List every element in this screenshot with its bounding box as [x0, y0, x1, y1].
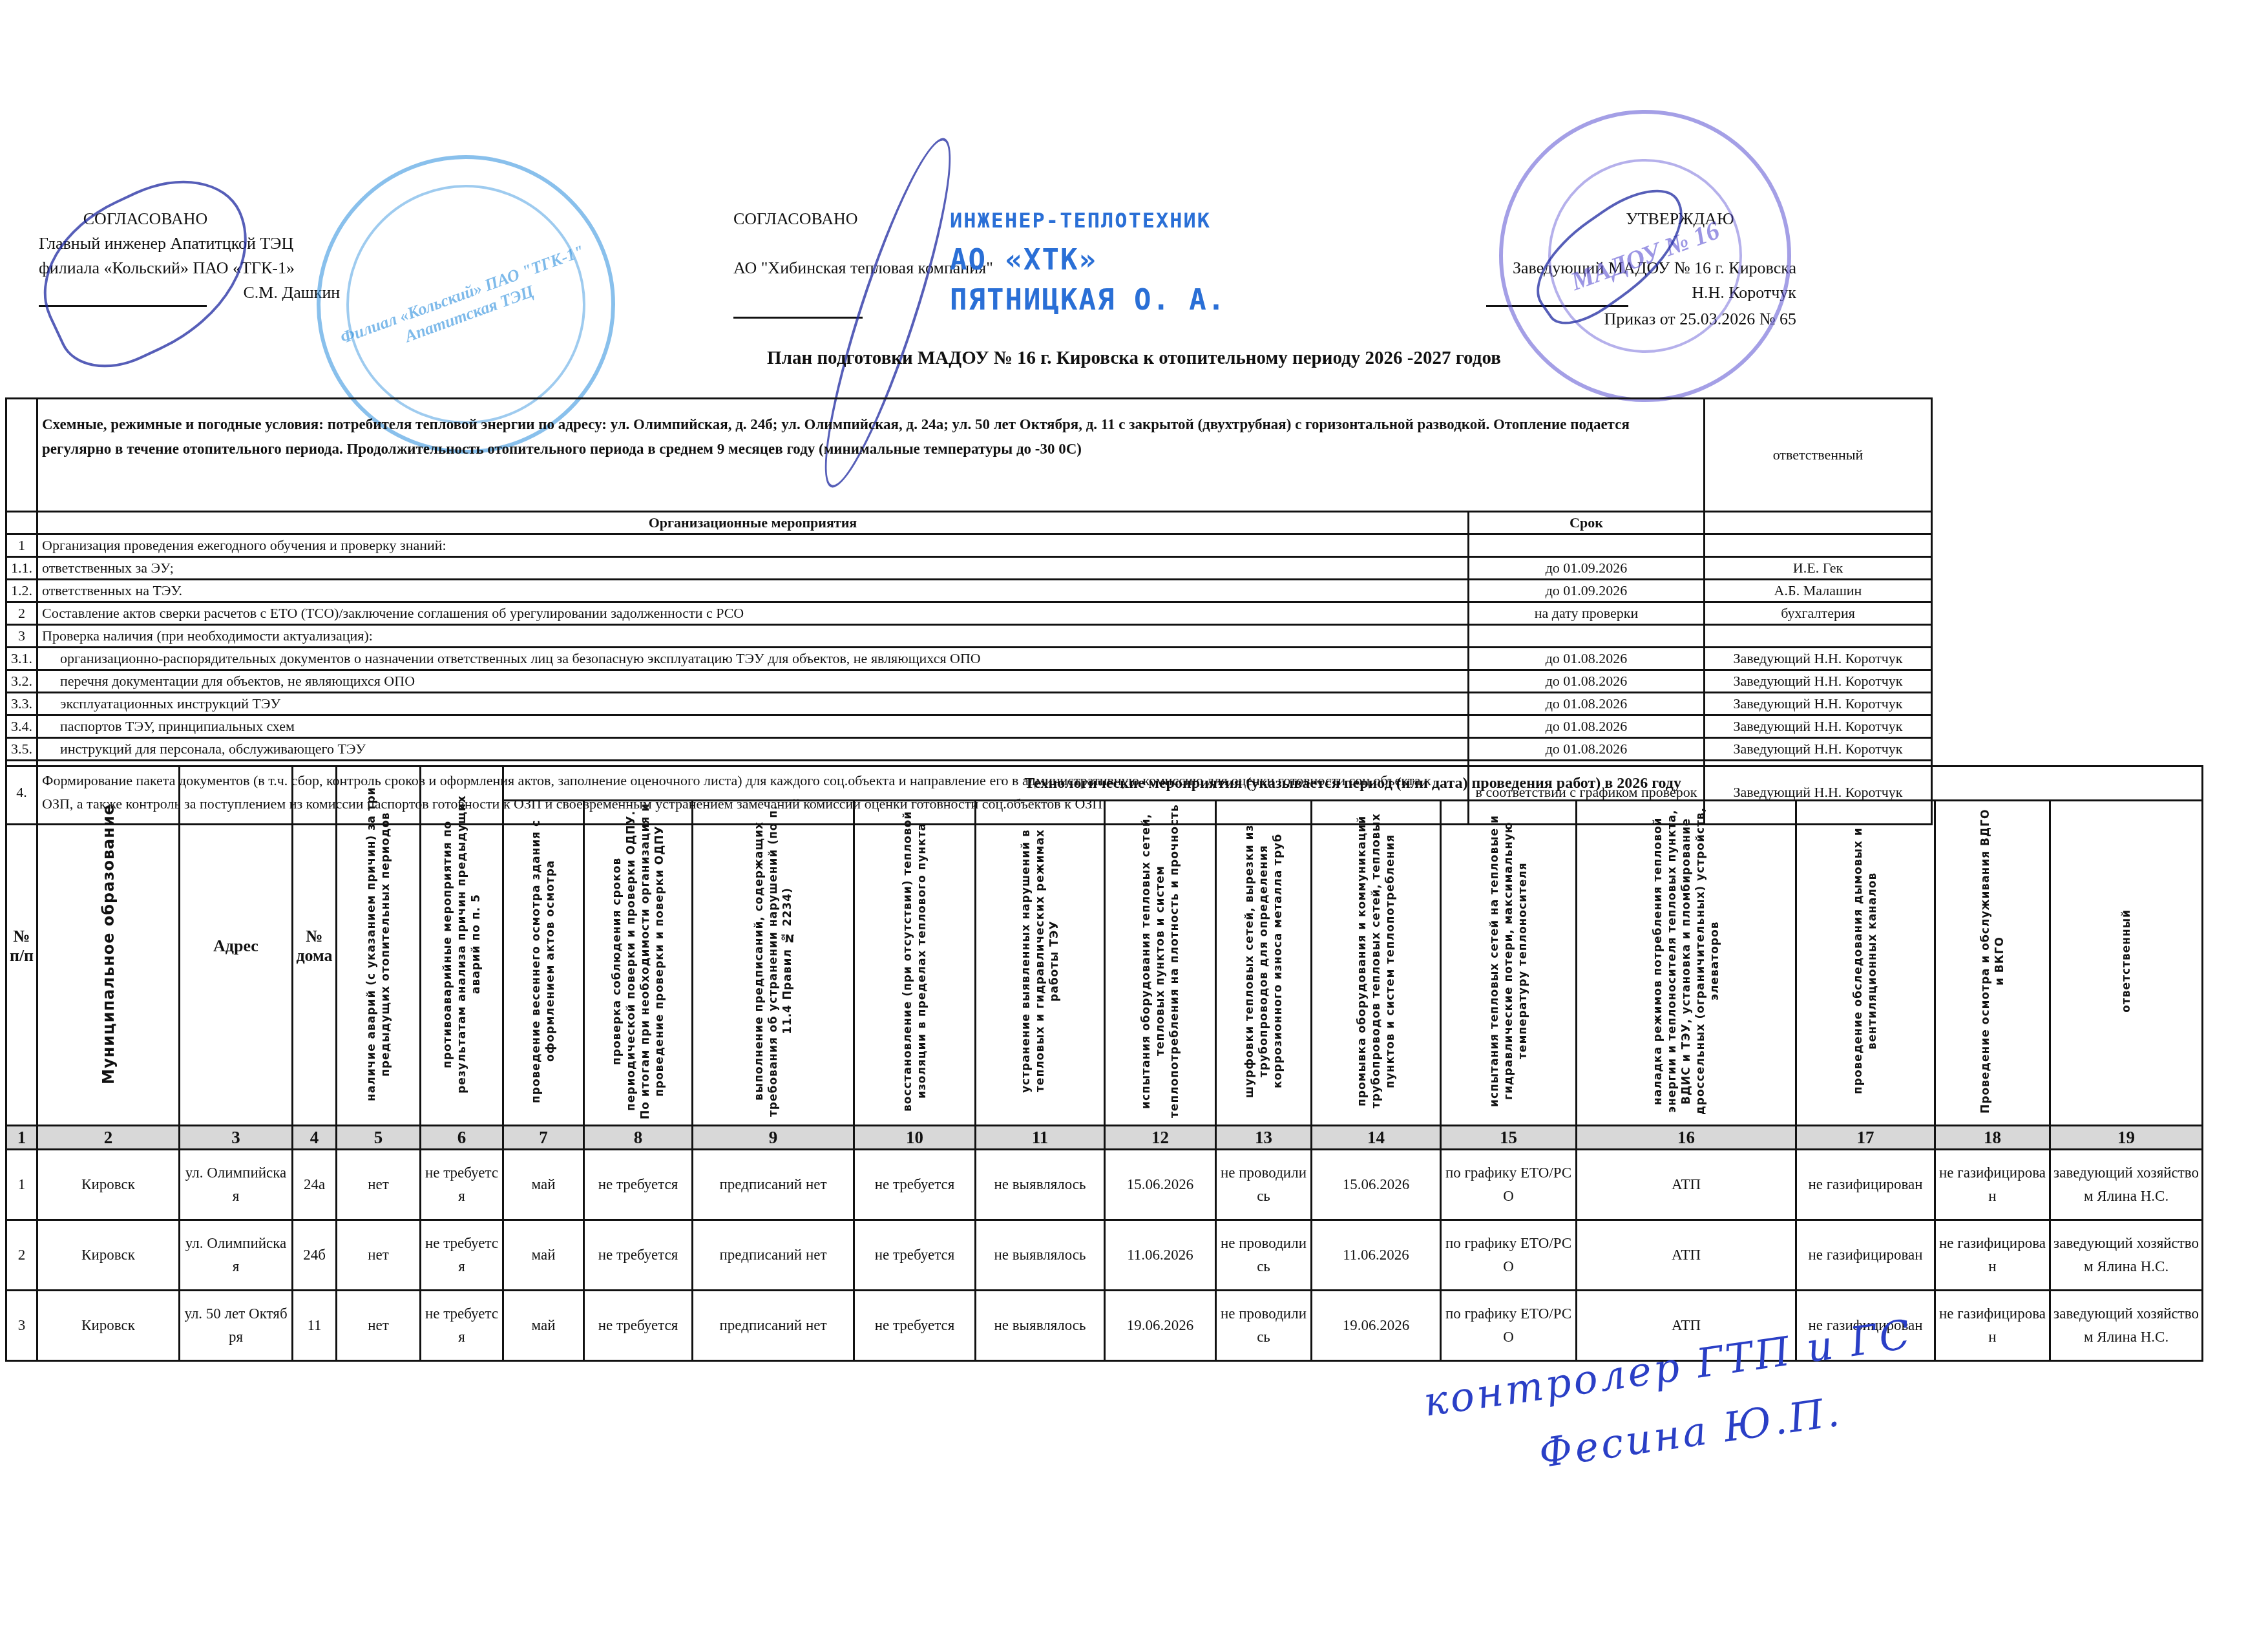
- table-cell: по графику ЕТО/РСО: [1441, 1220, 1577, 1291]
- conditions-description: Схемные, режимные и погодные условия: по…: [37, 399, 1705, 512]
- deadline-cell: на дату проверки: [1469, 602, 1705, 625]
- deadline-cell: до 01.08.2026: [1469, 738, 1705, 761]
- measure-text: ответственных на ТЭУ.: [37, 580, 1469, 602]
- column-header: выполнение предписаний, содержащих требо…: [693, 801, 854, 1126]
- column-header: испытания тепловых сетей на тепловые и г…: [1441, 801, 1577, 1126]
- column-header: противоаварийные мероприятия по результа…: [421, 766, 503, 1126]
- table-cell: не проводились: [1216, 1150, 1312, 1220]
- table-cell: не требуется: [584, 1291, 693, 1361]
- column-index: 1: [6, 1126, 37, 1150]
- row-number: 3.3.: [6, 693, 37, 715]
- column-header-label: наличие аварий (с указанием причин) за т…: [364, 786, 393, 1103]
- responsible-cell: Заведующий Н.Н. Коротчук: [1705, 670, 1932, 693]
- table-cell: не проводились: [1216, 1291, 1312, 1361]
- table-cell: 24б: [293, 1220, 337, 1291]
- responsible-header: ответственный: [1705, 399, 1932, 512]
- table-cell: 19.06.2026: [1105, 1291, 1216, 1361]
- table-cell: Кировск: [37, 1150, 180, 1220]
- column-header-label: шурфовки тепловых сетей, вырезки из труб…: [1243, 803, 1285, 1119]
- column-header-label: ответственный: [2119, 909, 2134, 1013]
- measure-text: перечня документации для объектов, не яв…: [37, 670, 1469, 693]
- column-header: проверка соблюдения сроков периодической…: [584, 801, 693, 1126]
- deadline-cell: до 01.08.2026: [1469, 670, 1705, 693]
- table-row: 1Кировскул. Олимпийская24анетне требуетс…: [6, 1150, 2203, 1220]
- column-header-label: Муниципальное образование: [101, 804, 116, 1084]
- column-index: 5: [337, 1126, 421, 1150]
- signature-line: [733, 292, 863, 319]
- technological-measures-table: № п/пМуниципальное образованиеАдрес№ дом…: [5, 765, 2203, 1362]
- group-header: Технологические мероприятия (указывается…: [503, 766, 2203, 801]
- row-number: 1.1.: [6, 557, 37, 580]
- table-cell: 2: [6, 1220, 37, 1291]
- measure-text: Организация проведения ежегодного обучен…: [37, 534, 1469, 557]
- column-index: 2: [37, 1126, 180, 1150]
- deadline-cell: до 01.08.2026: [1469, 648, 1705, 670]
- deadline-cell: до 01.08.2026: [1469, 715, 1705, 738]
- column-header: наладка режимов потребления тепловой эне…: [1577, 801, 1796, 1126]
- column-index: 11: [976, 1126, 1105, 1150]
- measure-text: паспортов ТЭУ, принципиальных схем: [37, 715, 1469, 738]
- org-measure-row: 3.1.организационно-распорядительных доку…: [6, 648, 1932, 670]
- table-cell: не требуется: [421, 1150, 503, 1220]
- column-header-label: промывка оборудования и коммуникаций тру…: [1355, 803, 1398, 1119]
- column-index: 7: [503, 1126, 584, 1150]
- table-cell: не выявлялось: [976, 1150, 1105, 1220]
- org-measure-row: 3.5.инструкций для персонала, обслуживаю…: [6, 738, 1932, 761]
- table-cell: не газифицирован: [1935, 1291, 2050, 1361]
- table-cell: не газифицирован: [1935, 1150, 2050, 1220]
- table-cell: ул. Олимпийская: [180, 1150, 293, 1220]
- table-cell: Кировск: [37, 1291, 180, 1361]
- table-cell: заведующий хозяйством Ялина Н.С.: [2050, 1291, 2203, 1361]
- responsible-cell: Заведующий Н.Н. Коротчук: [1705, 715, 1932, 738]
- table-cell: нет: [337, 1150, 421, 1220]
- table-cell: 19.06.2026: [1312, 1291, 1441, 1361]
- column-header-label: противоаварийные мероприятия по результа…: [441, 786, 483, 1103]
- column-index: 19: [2050, 1126, 2203, 1150]
- row-number: 3.4.: [6, 715, 37, 738]
- table-cell: предписаний нет: [693, 1150, 854, 1220]
- column-header-label: Адрес: [213, 936, 258, 955]
- row-number: 2: [6, 602, 37, 625]
- column-header-label: № п/п: [10, 927, 34, 965]
- table-cell: ул. 50 лет Октября: [180, 1291, 293, 1361]
- table-cell: 15.06.2026: [1105, 1150, 1216, 1220]
- section-header: Организационные мероприятия: [37, 512, 1469, 534]
- table-cell: предписаний нет: [693, 1291, 854, 1361]
- deadline-cell: до 01.08.2026: [1469, 693, 1705, 715]
- table-cell: не требуется: [421, 1220, 503, 1291]
- column-index: 17: [1796, 1126, 1935, 1150]
- column-header-label: восстановление (при отсутствии) тепловой…: [901, 803, 929, 1119]
- column-header: испытания оборудования тепловых сетей, т…: [1105, 801, 1216, 1126]
- column-index: 8: [584, 1126, 693, 1150]
- row-number: 3.2.: [6, 670, 37, 693]
- row-number: 3.1.: [6, 648, 37, 670]
- column-header: промывка оборудования и коммуникаций тру…: [1312, 801, 1441, 1126]
- row-number: 3: [6, 625, 37, 648]
- table-cell: не выявлялось: [976, 1291, 1105, 1361]
- table-cell: АТП: [1577, 1150, 1796, 1220]
- deadline-cell: [1469, 625, 1705, 648]
- org-measure-row: 1.2.ответственных на ТЭУ.до 01.09.2026А.…: [6, 580, 1932, 602]
- column-index: 14: [1312, 1126, 1441, 1150]
- column-header: восстановление (при отсутствии) тепловой…: [854, 801, 976, 1126]
- table-cell: 1: [6, 1150, 37, 1220]
- column-index: 16: [1577, 1126, 1796, 1150]
- column-index: 10: [854, 1126, 976, 1150]
- table-cell: не газифицирован: [1796, 1220, 1935, 1291]
- table-cell: не газифицирован: [1796, 1150, 1935, 1220]
- column-index: 3: [180, 1126, 293, 1150]
- column-index: 12: [1105, 1126, 1216, 1150]
- column-header-label: № дома: [296, 927, 332, 965]
- org-measure-row: 3.2.перечня документации для объектов, н…: [6, 670, 1932, 693]
- org-measure-row: 3.3.эксплуатационных инструкций ТЭУдо 01…: [6, 693, 1932, 715]
- column-header-label: наладка режимов потребления тепловой эне…: [1651, 803, 1722, 1119]
- deadline-cell: [1469, 534, 1705, 557]
- table-cell: не требуется: [854, 1291, 976, 1361]
- org-measure-row: 1.1.ответственных за ЭУ;до 01.09.2026И.Е…: [6, 557, 1932, 580]
- row-number: 1.2.: [6, 580, 37, 602]
- measure-text: организационно-распорядительных документ…: [37, 648, 1469, 670]
- column-header: устранение выявленных нарушений в теплов…: [976, 801, 1105, 1126]
- column-header: № п/п: [6, 766, 37, 1126]
- table-cell: не требуется: [854, 1220, 976, 1291]
- column-index: 18: [1935, 1126, 2050, 1150]
- table-cell: не газифицирован: [1935, 1220, 2050, 1291]
- table-cell: 24а: [293, 1150, 337, 1220]
- measure-text: инструкций для персонала, обслуживающего…: [37, 738, 1469, 761]
- column-header-label: выполнение предписаний, содержащих требо…: [752, 803, 795, 1119]
- org-measure-row: 3Проверка наличия (при необходимости акт…: [6, 625, 1932, 648]
- table-cell: май: [503, 1220, 584, 1291]
- measure-text: ответственных за ЭУ;: [37, 557, 1469, 580]
- column-header-label: испытания оборудования тепловых сетей, т…: [1139, 803, 1182, 1119]
- column-header: Проведение осмотра и обслуживания ВДГО и…: [1935, 801, 2050, 1126]
- table-cell: 3: [6, 1291, 37, 1361]
- responsible-cell: Заведующий Н.Н. Коротчук: [1705, 648, 1932, 670]
- responsible-cell: Заведующий Н.Н. Коротчук: [1705, 693, 1932, 715]
- table-cell: заведующий хозяйством Ялина Н.С.: [2050, 1220, 2203, 1291]
- table-cell: 11.06.2026: [1105, 1220, 1216, 1291]
- table-cell: заведующий хозяйством Ялина Н.С.: [2050, 1150, 2203, 1220]
- table-row: 2Кировскул. Олимпийская24бнетне требуетс…: [6, 1220, 2203, 1291]
- deadline-header: Срок: [1469, 512, 1705, 534]
- table-cell: нет: [337, 1291, 421, 1361]
- column-index: 15: [1441, 1126, 1577, 1150]
- table-cell: не требуется: [584, 1150, 693, 1220]
- table-cell: АТП: [1577, 1220, 1796, 1291]
- column-header: шурфовки тепловых сетей, вырезки из труб…: [1216, 801, 1312, 1126]
- column-index: 9: [693, 1126, 854, 1150]
- deadline-cell: до 01.09.2026: [1469, 557, 1705, 580]
- measure-text: эксплуатационных инструкций ТЭУ: [37, 693, 1469, 715]
- responsible-cell: Заведующий Н.Н. Коротчук: [1705, 738, 1932, 761]
- stamp-line: ИНЖЕНЕР-ТЕПЛОТЕХНИК: [950, 200, 1226, 240]
- table-cell: предписаний нет: [693, 1220, 854, 1291]
- responsible-cell: [1705, 625, 1932, 648]
- responsible-cell: А.Б. Малашин: [1705, 580, 1932, 602]
- table-cell: ул. Олимпийская: [180, 1220, 293, 1291]
- column-header: ответственный: [2050, 801, 2203, 1126]
- responsible-cell: [1705, 534, 1932, 557]
- column-header-label: проведение весеннего осмотра здания с оф…: [529, 803, 558, 1119]
- org-measure-row: 3.4.паспортов ТЭУ, принципиальных схемдо…: [6, 715, 1932, 738]
- table-cell: по графику ЕТО/РСО: [1441, 1291, 1577, 1361]
- table-cell: май: [503, 1150, 584, 1220]
- deadline-cell: до 01.09.2026: [1469, 580, 1705, 602]
- org-measure-row: 2Составление актов сверки расчетов с ЕТО…: [6, 602, 1932, 625]
- column-header: Адрес: [180, 766, 293, 1126]
- table-cell: май: [503, 1291, 584, 1361]
- column-index: 6: [421, 1126, 503, 1150]
- responsible-cell: И.Е. Гек: [1705, 557, 1932, 580]
- table-cell: не требуется: [584, 1220, 693, 1291]
- table-cell: не выявлялось: [976, 1220, 1105, 1291]
- table-cell: не проводились: [1216, 1220, 1312, 1291]
- document-title: План подготовки МАДОУ № 16 г. Кировска к…: [0, 348, 2268, 369]
- table-cell: не требуется: [421, 1291, 503, 1361]
- engineer-stamp-htk: ИНЖЕНЕР-ТЕПЛОТЕХНИК АО «ХТК» ПЯТНИЦКАЯ О…: [950, 200, 1226, 321]
- row-number: 3.5.: [6, 738, 37, 761]
- column-header: проведение обследования дымовых и вентил…: [1796, 801, 1935, 1126]
- stamp-line: АО «ХТК»: [950, 240, 1226, 280]
- column-header: Муниципальное образование: [37, 766, 180, 1126]
- row-number: 1: [6, 534, 37, 557]
- responsible-cell: бухгалтерия: [1705, 602, 1932, 625]
- column-header-label: Проведение осмотра и обслуживания ВДГО и…: [1979, 803, 2007, 1119]
- column-index: 13: [1216, 1126, 1312, 1150]
- table-cell: 15.06.2026: [1312, 1150, 1441, 1220]
- table-cell: 11: [293, 1291, 337, 1361]
- table-cell: нет: [337, 1220, 421, 1291]
- column-header: № дома: [293, 766, 337, 1126]
- column-header: наличие аварий (с указанием причин) за т…: [337, 766, 421, 1126]
- table-cell: Кировск: [37, 1220, 180, 1291]
- column-header: проведение весеннего осмотра здания с оф…: [503, 801, 584, 1126]
- stamp-line: ПЯТНИЦКАЯ О. А.: [950, 280, 1226, 321]
- column-index: 4: [293, 1126, 337, 1150]
- measure-text: Проверка наличия (при необходимости акту…: [37, 625, 1469, 648]
- table-cell: 11.06.2026: [1312, 1220, 1441, 1291]
- column-header-label: устранение выявленных нарушений в теплов…: [1019, 803, 1062, 1119]
- column-header-label: проверка соблюдения сроков периодической…: [610, 803, 667, 1119]
- org-measure-row: 1Организация проведения ежегодного обуче…: [6, 534, 1932, 557]
- organizational-measures-table: Схемные, режимные и погодные условия: по…: [5, 397, 1933, 825]
- table-cell: по графику ЕТО/РСО: [1441, 1150, 1577, 1220]
- measure-text: Составление актов сверки расчетов с ЕТО …: [37, 602, 1469, 625]
- column-header-label: проведение обследования дымовых и вентил…: [1851, 803, 1880, 1119]
- table-cell: не требуется: [854, 1150, 976, 1220]
- column-header-label: испытания тепловых сетей на тепловые и г…: [1487, 803, 1530, 1119]
